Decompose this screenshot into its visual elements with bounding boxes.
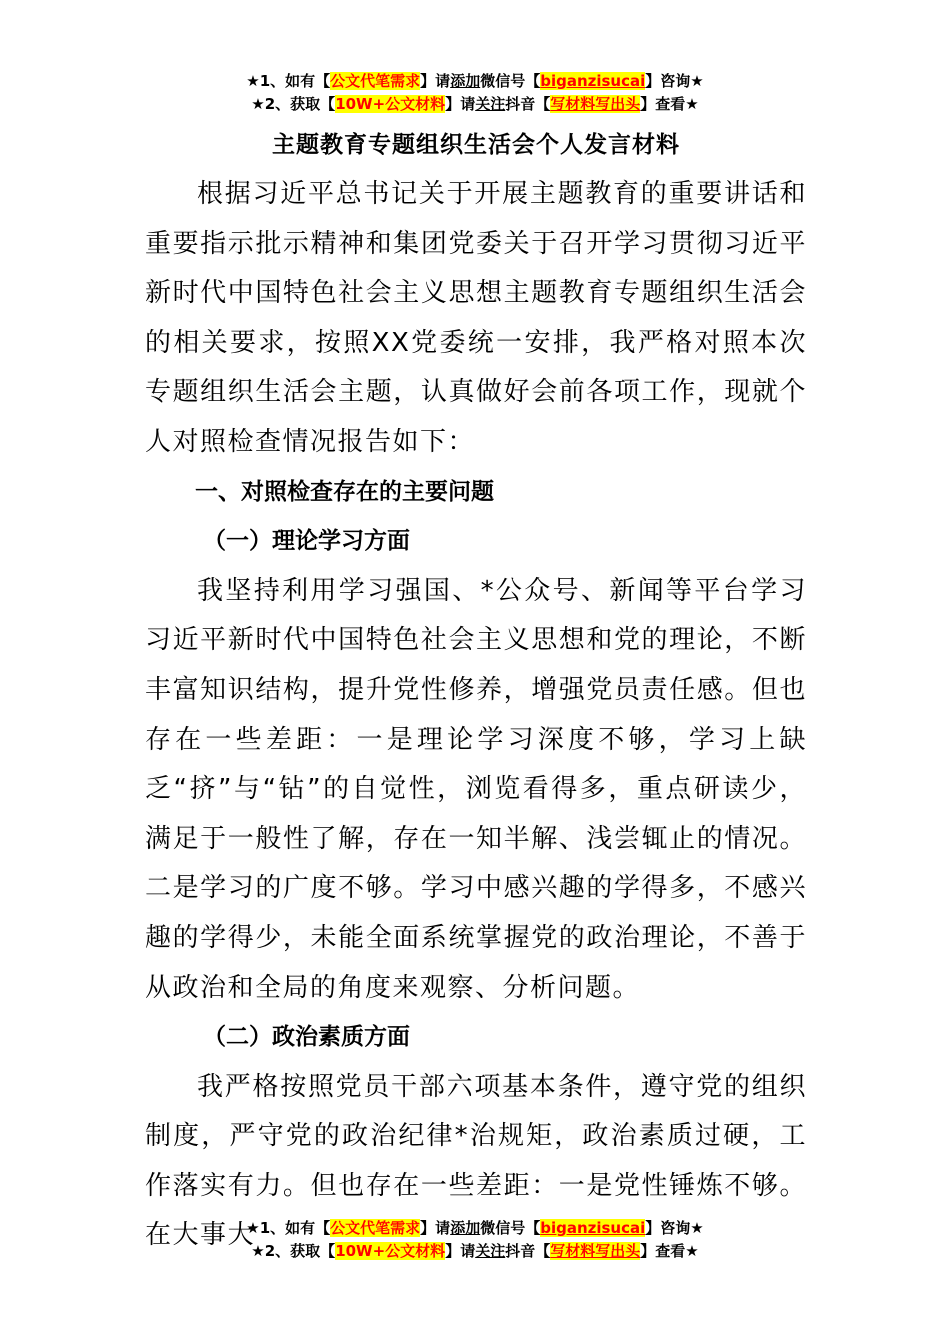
banner-text: 】查看★ <box>640 95 698 113</box>
underlined-add: 添加 <box>450 72 480 90</box>
banner-text: 】请 <box>445 1242 475 1260</box>
douyin-account-highlight: 写材料写出头 <box>550 1242 640 1260</box>
underlined-follow: 关注 <box>475 1242 505 1260</box>
highlight-materials: 10W+公文材料 <box>335 95 445 113</box>
underlined-follow: 关注 <box>475 95 505 113</box>
douyin-account-highlight: 写材料写出头 <box>550 95 640 113</box>
subsection-1-body: 我坚持利用学习强国、*公众号、新闻等平台学习习近平新时代中国特色社会主义思想和党… <box>145 567 807 1013</box>
wechat-id-highlight: biganzisucai <box>540 72 645 90</box>
banner-line-2: ★2、获取【10W+公文材料】请关注抖音【写材料写出头】查看★ <box>0 1240 950 1263</box>
banner-line-2: ★2、获取【10W+公文材料】请关注抖音【写材料写出头】查看★ <box>0 93 950 116</box>
banner-text: ★2、获取【 <box>251 1242 335 1260</box>
highlight-ghostwriting-service: 公文代笔需求 <box>330 72 420 90</box>
intro-paragraph: 根据习近平总书记关于开展主题教育的重要讲话和重要指示批示精神和集团党委关于召开学… <box>145 170 807 468</box>
banner-text: 抖音【 <box>505 1242 550 1260</box>
wechat-id-highlight: biganzisucai <box>540 1219 645 1237</box>
banner-text: ★1、如有【 <box>246 1219 330 1237</box>
banner-text: 微信号【 <box>480 1219 540 1237</box>
banner-text: ★2、获取【 <box>251 95 335 113</box>
footer-banner: ★1、如有【公文代笔需求】请添加微信号【biganzisucai】咨询★ ★2、… <box>0 1217 950 1263</box>
underlined-add: 添加 <box>450 1219 480 1237</box>
header-banner: ★1、如有【公文代笔需求】请添加微信号【biganzisucai】咨询★ ★2、… <box>0 70 950 116</box>
banner-text: 】查看★ <box>640 1242 698 1260</box>
banner-line-1: ★1、如有【公文代笔需求】请添加微信号【biganzisucai】咨询★ <box>0 70 950 93</box>
banner-text: 】咨询★ <box>645 1219 703 1237</box>
document-title: 主题教育专题组织生活会个人发言材料 <box>145 126 807 164</box>
banner-text: ★1、如有【 <box>246 72 330 90</box>
banner-text: 】请 <box>445 95 475 113</box>
subsection-heading-1: （一）理论学习方面 <box>145 517 807 567</box>
document-page: 主题教育专题组织生活会个人发言材料 根据习近平总书记关于开展主题教育的重要讲话和… <box>145 126 807 1261</box>
banner-text: 抖音【 <box>505 95 550 113</box>
section-heading-1: 一、对照检查存在的主要问题 <box>145 468 807 518</box>
subsection-heading-2: （二）政治素质方面 <box>145 1013 807 1063</box>
banner-text: 】请 <box>420 1219 450 1237</box>
banner-line-1: ★1、如有【公文代笔需求】请添加微信号【biganzisucai】咨询★ <box>0 1217 950 1240</box>
highlight-ghostwriting-service: 公文代笔需求 <box>330 1219 420 1237</box>
banner-text: 微信号【 <box>480 72 540 90</box>
banner-text: 】咨询★ <box>645 72 703 90</box>
banner-text: 】请 <box>420 72 450 90</box>
highlight-materials: 10W+公文材料 <box>335 1242 445 1260</box>
